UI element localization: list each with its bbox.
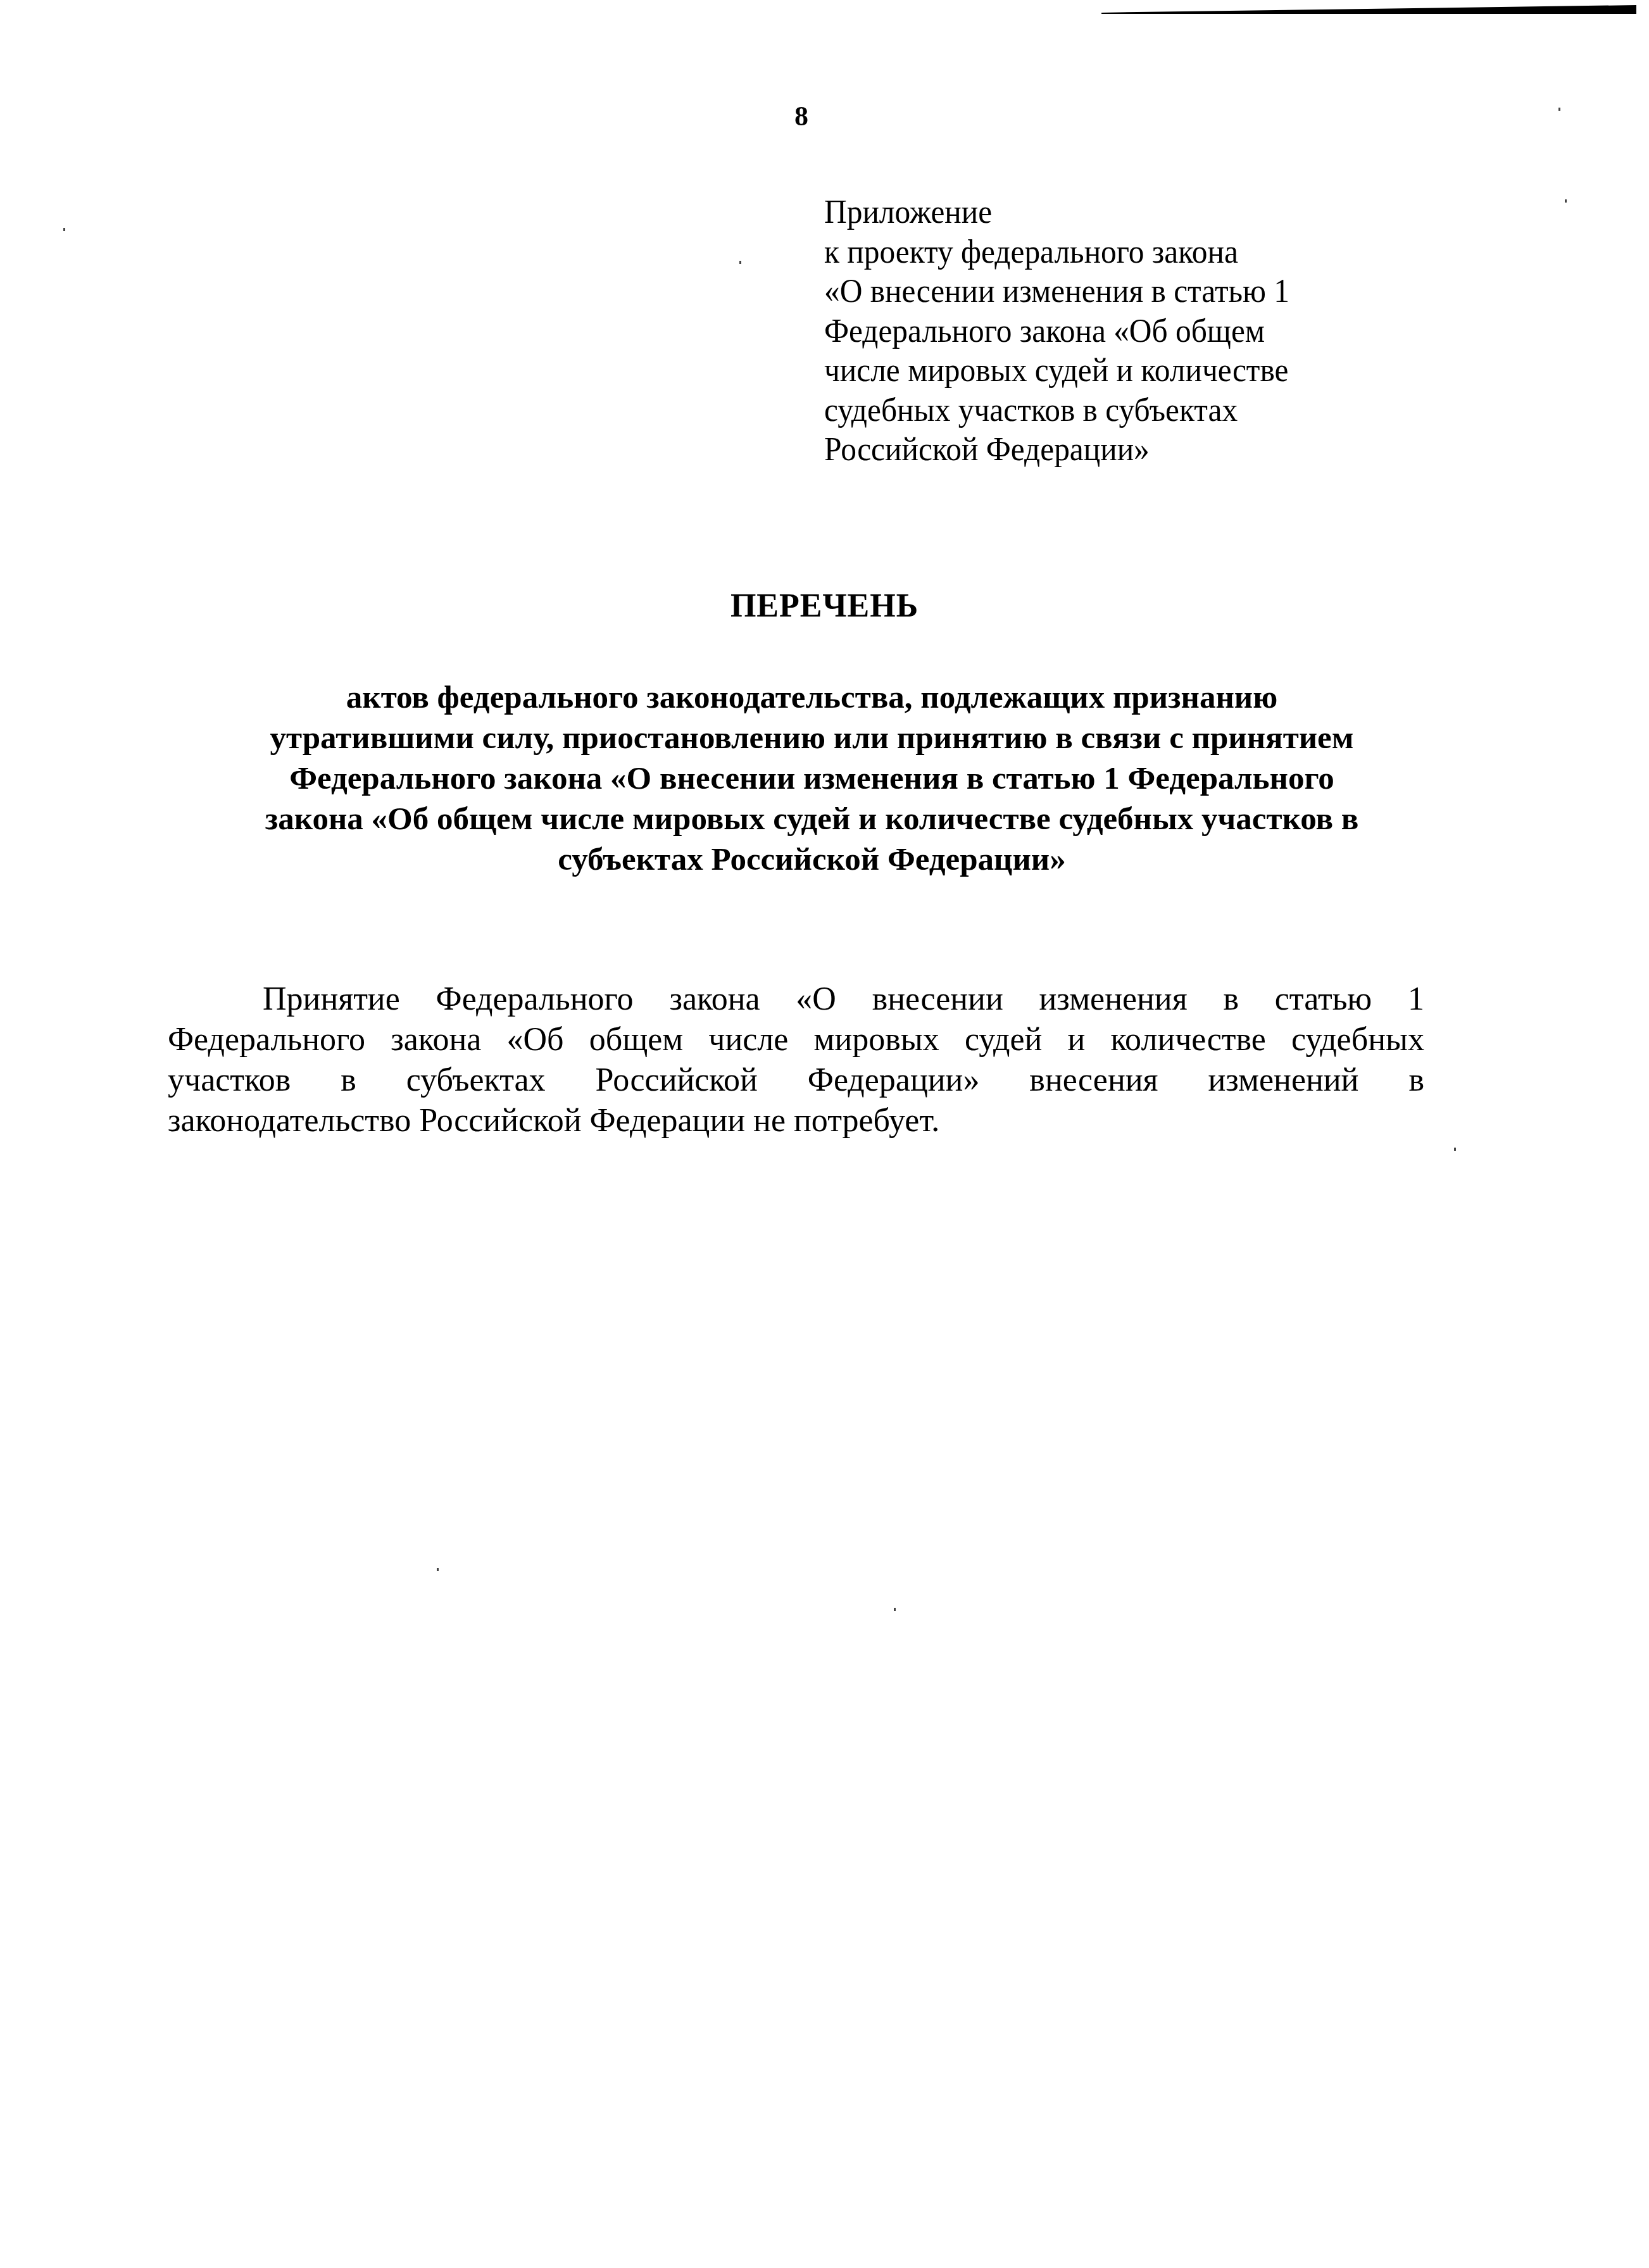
subtitle-line: закона «Об общем числе мировых судей и к…	[165, 799, 1459, 839]
word: участков	[168, 1060, 291, 1101]
word: мировых	[814, 1020, 939, 1060]
scan-speck	[1558, 108, 1560, 111]
word: в	[1408, 1060, 1424, 1101]
scan-edge-artifact	[1101, 5, 1636, 14]
page-number: 8	[794, 103, 808, 130]
subtitle-line: актов федерального законодательства, под…	[165, 677, 1459, 718]
word: статью	[1275, 979, 1372, 1020]
scan-speck	[739, 261, 741, 264]
word: количестве	[1111, 1020, 1266, 1060]
annex-line: Российской Федерации»	[824, 430, 1289, 470]
scan-speck	[1565, 199, 1567, 203]
word: 1	[1408, 979, 1424, 1020]
word: в	[1223, 979, 1239, 1020]
annex-header: Приложение к проекту федерального закона…	[824, 193, 1289, 470]
document-subtitle: актов федерального законодательства, под…	[165, 677, 1459, 880]
word: «О	[796, 979, 836, 1020]
word: и	[1068, 1020, 1086, 1060]
word: внесения	[1029, 1060, 1158, 1101]
body-line: участковвсубъектахРоссийскойФедерации»вн…	[168, 1060, 1424, 1101]
word: числе	[708, 1020, 788, 1060]
body-line: Федеральногозакона«Обобщемчислемировыхсу…	[168, 1020, 1424, 1060]
annex-line: «О внесении изменения в статью 1	[824, 272, 1289, 312]
annex-line: Федерального закона «Об общем	[824, 312, 1289, 352]
word: внесении	[872, 979, 1003, 1020]
scan-speck	[437, 1568, 439, 1571]
scan-speck	[63, 228, 65, 231]
word: общем	[589, 1020, 683, 1060]
word: судебных	[1291, 1020, 1424, 1060]
word: изменения	[1039, 979, 1188, 1020]
annex-line: судебных участков в субъектах	[824, 391, 1289, 431]
body-paragraph: ПринятиеФедеральногозакона«Овнесенииизме…	[168, 979, 1424, 1141]
subtitle-line: Федерального закона «О внесении изменени…	[165, 758, 1459, 799]
subtitle-line: утратившими силу, приостановлению или пр…	[165, 718, 1459, 758]
word: закона	[391, 1020, 481, 1060]
word: судей	[965, 1020, 1042, 1060]
body-line: законодательство Российской Федерации не…	[168, 1101, 1424, 1141]
word: закона	[669, 979, 760, 1020]
annex-line: к проекту федерального закона	[824, 233, 1289, 273]
subtitle-line: субъектах Российской Федерации»	[165, 839, 1459, 880]
word: Федерального	[168, 1020, 365, 1060]
document-title: ПЕРЕЧЕНЬ	[0, 587, 1649, 625]
word: «Об	[507, 1020, 564, 1060]
word: в	[341, 1060, 356, 1101]
body-line: ПринятиеФедеральногозакона«Овнесенииизме…	[168, 979, 1424, 1020]
scan-speck	[894, 1608, 896, 1611]
annex-line: Приложение	[824, 193, 1289, 233]
word: Федерации»	[808, 1060, 980, 1101]
word: Принятие	[263, 979, 400, 1020]
word: Федерального	[436, 979, 634, 1020]
annex-line: числе мировых судей и количестве	[824, 351, 1289, 391]
scan-speck	[1454, 1148, 1456, 1151]
word: изменений	[1208, 1060, 1358, 1101]
word: Российской	[596, 1060, 758, 1101]
word: субъектах	[406, 1060, 546, 1101]
